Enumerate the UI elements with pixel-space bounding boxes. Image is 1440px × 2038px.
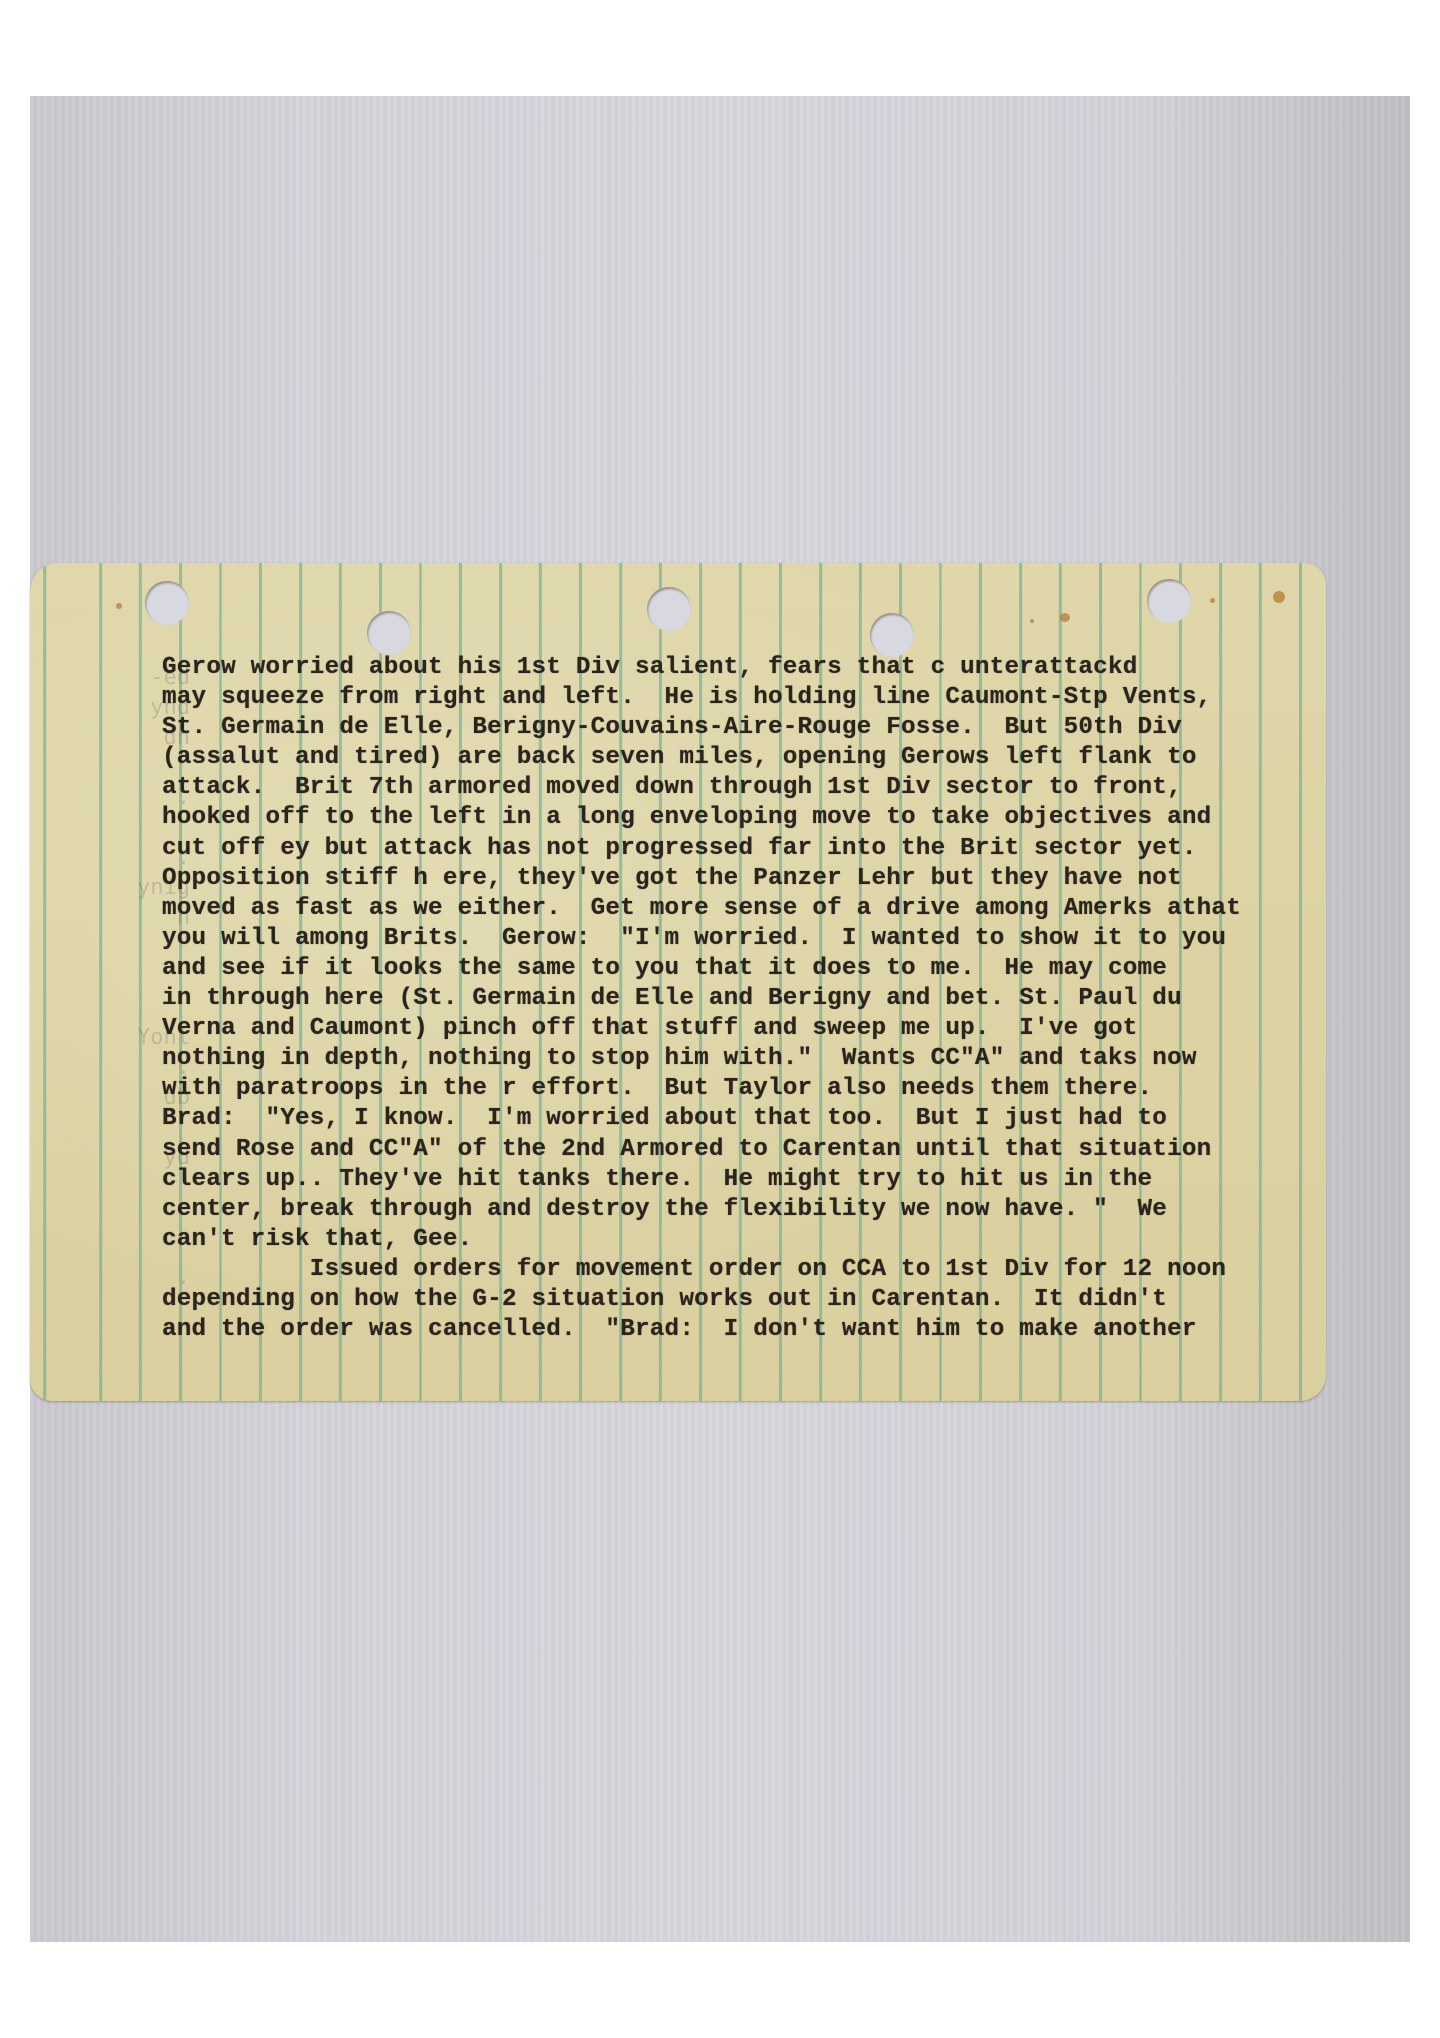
typed-line: attack. Brit 7th armored moved down thro… [162, 773, 1302, 803]
typed-text-body: Gerow worried about his 1st Div salient,… [162, 653, 1302, 1345]
punch-hole [870, 613, 914, 657]
typed-line: St. Germain de Elle, Berigny-Couvains-Ai… [162, 713, 1302, 743]
typed-line: Verna and Caumont) pinch off that stuff … [162, 1014, 1302, 1044]
typed-line: and see if it looks the same to you that… [162, 954, 1302, 984]
punch-hole [145, 581, 189, 625]
typed-line: with paratroops in the r effort. But Tay… [162, 1074, 1302, 1104]
punch-hole [367, 611, 411, 655]
typed-line: and the order was cancelled. "Brad: I do… [162, 1315, 1302, 1345]
stain-spot [116, 603, 122, 609]
typed-line: clears up.. They've hit tanks there. He … [162, 1165, 1302, 1195]
index-card: -ed ynd dn . . ynig n Yonl . db yd . Ger… [30, 563, 1326, 1401]
typed-line: nothing in depth, nothing to stop him wi… [162, 1044, 1302, 1074]
typed-line: can't risk that, Gee. [162, 1225, 1302, 1255]
typed-line: you will among Brits. Gerow: "I'm worrie… [162, 924, 1302, 954]
typed-line: send Rose and CC"A" of the 2nd Armored t… [162, 1135, 1302, 1165]
typed-line: may squeeze from right and left. He is h… [162, 683, 1302, 713]
typed-line: in through here (St. Germain de Elle and… [162, 984, 1302, 1014]
stain-spot [1210, 598, 1215, 603]
punch-hole [647, 587, 691, 631]
typed-line: cut off ey but attack has not progressed… [162, 834, 1302, 864]
typed-line: hooked off to the left in a long envelop… [162, 803, 1302, 833]
stain-spot [1060, 613, 1070, 622]
typed-line: depending on how the G-2 situation works… [162, 1285, 1302, 1315]
typed-line: moved as fast as we either. Get more sen… [162, 894, 1302, 924]
typed-line: Issued orders for movement order on CCA … [162, 1255, 1302, 1285]
typed-line: Brad: "Yes, I know. I'm worried about th… [162, 1104, 1302, 1134]
typed-line: center, break through and destroy the fl… [162, 1195, 1302, 1225]
typed-line: (assalut and tired) are back seven miles… [162, 743, 1302, 773]
typed-line: Opposition stiff h ere, they've got the … [162, 864, 1302, 894]
punch-hole [1147, 579, 1191, 623]
stain-spot [1030, 619, 1034, 623]
stain-spot [1273, 591, 1285, 603]
typed-line: Gerow worried about his 1st Div salient,… [162, 653, 1302, 683]
